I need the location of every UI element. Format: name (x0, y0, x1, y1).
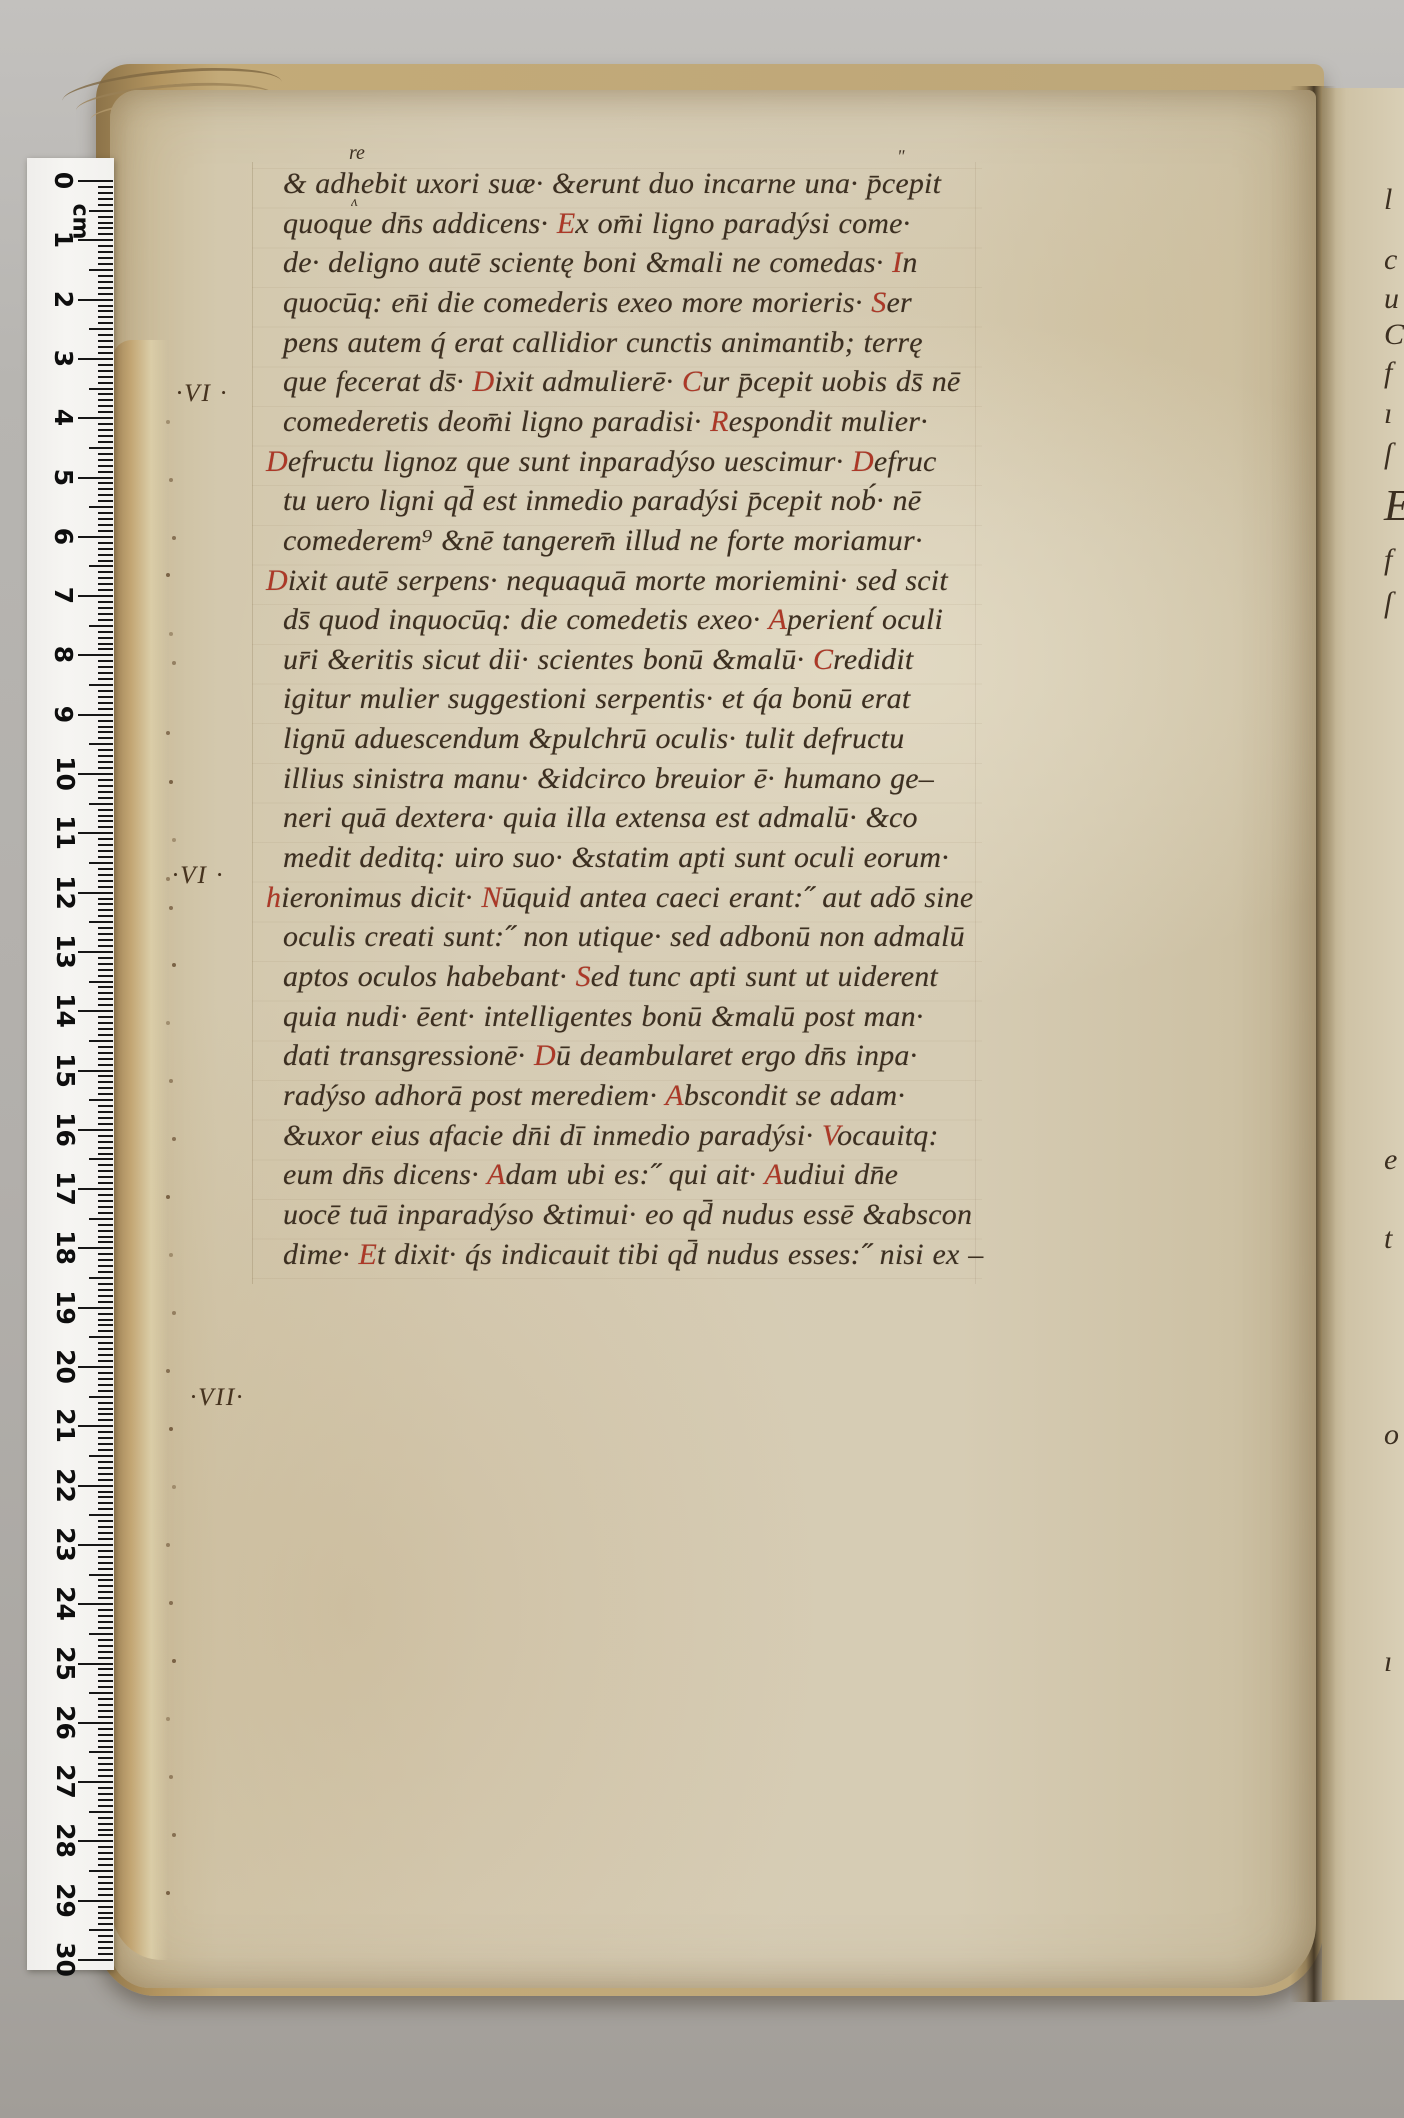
ruler-tick (98, 1799, 113, 1801)
ruler-tick (78, 1840, 113, 1842)
manuscript-line: quocūq: en̄i die comederis exeo more mor… (283, 286, 912, 320)
prick-mark (169, 1253, 173, 1257)
ruler-tick (98, 1289, 113, 1291)
ruler-tick (98, 1829, 113, 1831)
ruler-tick (98, 488, 113, 490)
ruler-tick (98, 696, 113, 698)
ruler-tick (89, 1929, 113, 1931)
ruler-tick (98, 1846, 113, 1848)
manuscript-line: uocē tuā inparadýso &timui· eo qd̄ nudus… (283, 1198, 972, 1232)
ruler-number: 5 (49, 468, 78, 485)
ruler-tick (98, 583, 113, 585)
line-text: er (886, 286, 911, 319)
ruler-tick (98, 1283, 113, 1285)
ruler-tick (78, 180, 113, 182)
line-text: comederetis deom̄i ligno paradisi· (283, 405, 710, 438)
ruler-tick (78, 1070, 113, 1072)
facing-page-text-fragment: f (1384, 543, 1392, 577)
ruler-tick (98, 1265, 113, 1267)
margin-chapter-number: ·VII· (190, 1384, 244, 1412)
line-text: pens autem q́ erat callidior cunctis ani… (283, 326, 923, 359)
line-text: que fecerat ds̄· (283, 365, 472, 398)
ruler-tick (98, 1639, 113, 1641)
ruler-tick (98, 1923, 113, 1925)
ruler-tick (98, 1823, 113, 1825)
ruler-tick (98, 1609, 113, 1611)
ruler-tick (98, 1532, 113, 1534)
ruler-tick (98, 1526, 113, 1528)
ruler-tick (98, 1123, 113, 1125)
rubricated-initial: E (557, 207, 576, 240)
rubricated-initial: D (472, 365, 494, 398)
ruler-tick (98, 1461, 113, 1463)
line-text: perient́ oculi (787, 603, 943, 636)
prick-mark (166, 1891, 170, 1895)
margin-chapter-number: ·VI · (176, 380, 228, 408)
ruler-number: 26 (51, 1705, 80, 1740)
prick-mark (172, 1833, 176, 1837)
ruler-tick (98, 453, 113, 455)
manuscript-line: ur̄i &eritis sicut dii· scientes bonū &m… (283, 643, 913, 677)
ruler-tick (98, 1093, 113, 1095)
line-text: tu uero ligni qd̄ est inmedio paradýsi p… (283, 484, 921, 517)
ruler-tick (98, 352, 113, 354)
ruler-tick (98, 726, 113, 728)
ruler-tick (98, 1894, 113, 1896)
ruler-number: 23 (51, 1527, 80, 1562)
prick-mark (166, 420, 170, 424)
ruler-tick (98, 334, 113, 336)
ruler-tick (98, 1390, 113, 1392)
ruler-tick (98, 548, 113, 550)
ruler-tick (89, 1455, 113, 1457)
ruler-tick (98, 631, 113, 633)
ruler-number: 10 (51, 756, 80, 791)
ruler-tick (78, 1485, 113, 1487)
ruler-tick (98, 1206, 113, 1208)
manuscript-line: pens autem q́ erat callidior cunctis ani… (283, 326, 923, 360)
ruler-tick (98, 1443, 113, 1445)
ruler-tick (98, 1164, 113, 1166)
manuscript-line: medit deditq: uiro suo· &statim apti sun… (283, 841, 949, 875)
manuscript-line: de· deligno autē scientę boni &mali ne c… (283, 246, 918, 280)
ruler-tick (89, 1514, 113, 1516)
ruler-number: 14 (51, 993, 80, 1028)
ruler-tick (89, 1811, 113, 1813)
ruler-tick (98, 1384, 113, 1386)
ruler-tick (98, 364, 113, 366)
ruler-tick (98, 975, 113, 977)
ruler-tick (98, 1763, 113, 1765)
prick-mark (169, 632, 173, 636)
ruler-tick (98, 1022, 113, 1024)
ruler-number: 15 (51, 1053, 80, 1088)
leaf-edges-left (112, 340, 168, 1960)
ruler-tick (98, 257, 113, 259)
rubricated-initial: h (266, 881, 281, 914)
ruler-tick (89, 447, 113, 449)
ruler-tick (98, 376, 113, 378)
ruler-tick (98, 1087, 113, 1089)
line-text: ūquid antea caeci erant:˝ aut adō sine (502, 881, 974, 914)
ruler-tick (98, 198, 113, 200)
ruler-number: 6 (49, 528, 78, 545)
ruler-tick (98, 1117, 113, 1119)
ruler-tick (98, 482, 113, 484)
ruler-tick (98, 1431, 113, 1433)
ruler-tick (98, 1449, 113, 1451)
prick-mark (172, 1137, 176, 1141)
ruler-tick (98, 1651, 113, 1653)
ruler-tick (98, 809, 113, 811)
ruler-tick (98, 1728, 113, 1730)
ruler-tick (98, 838, 113, 840)
ruler-tick (98, 880, 113, 882)
ruler-tick (89, 1040, 113, 1042)
rubricated-initial: C (813, 643, 833, 676)
ruler-tick (98, 1787, 113, 1789)
ruler-tick (98, 1775, 113, 1777)
line-text: efruc (874, 445, 937, 478)
ruler-tick (98, 945, 113, 947)
manuscript-line: igitur mulier suggestioni serpentis· et … (283, 682, 910, 716)
ruler-tick (98, 1153, 113, 1155)
ruler-tick (78, 1425, 113, 1427)
ruler-tick (98, 1615, 113, 1617)
ruler-tick (98, 1568, 113, 1570)
ruler-tick (89, 1099, 113, 1101)
ruler-tick (98, 1740, 113, 1742)
ruler-tick (89, 625, 113, 627)
manuscript-line: neri quā dextera· quia illa extensa est … (283, 801, 918, 835)
ruler-tick (98, 1585, 113, 1587)
ruler-tick (98, 1034, 113, 1036)
ruler-tick (98, 1324, 113, 1326)
ruler-tick (98, 1230, 113, 1232)
ruler-tick (98, 850, 113, 852)
line-text: neri quā dextera· quia illa extensa est … (283, 801, 918, 834)
ruler-tick (89, 1870, 113, 1872)
ruler-tick (98, 998, 113, 1000)
ruler-tick (98, 927, 113, 929)
ruler-tick (78, 654, 113, 656)
ruler-tick (89, 1396, 113, 1398)
ruler-tick (98, 963, 113, 965)
ruler-number: 2 (49, 290, 78, 307)
facing-page-text-fragment: l (1384, 183, 1392, 217)
ruler-tick (98, 613, 113, 615)
ruler-tick (98, 233, 113, 235)
ruler-tick (98, 1556, 113, 1558)
ruler-tick (98, 815, 113, 817)
ruler-tick (98, 755, 113, 757)
line-text: bscondit se adam· (684, 1079, 905, 1112)
ruler-tick (78, 1544, 113, 1546)
ruler-tick (98, 1236, 113, 1238)
ruler-tick (78, 714, 113, 716)
ruler-tick (98, 1953, 113, 1955)
ruler-tick (98, 1419, 113, 1421)
line-text: quoque dn̄s addicens· (283, 207, 557, 240)
ruler-tick (98, 637, 113, 639)
ruler-tick (98, 1947, 113, 1949)
ruler-tick (98, 577, 113, 579)
ruler-tick (98, 797, 113, 799)
ruler-number: 8 (49, 646, 78, 663)
ruler-number: 20 (51, 1349, 80, 1384)
line-text: quia nudi· ēent· intelligentes bonū &mal… (283, 1000, 923, 1033)
margin-chapter-number: ·VI · (172, 862, 224, 890)
ruler-tick (98, 186, 113, 188)
ruler-tick (98, 382, 113, 384)
ruler-tick (78, 1722, 113, 1724)
ruler-tick (98, 560, 113, 562)
prick-mark (169, 906, 173, 910)
ruler-tick (98, 1479, 113, 1481)
line-text: espondit mulier· (729, 405, 928, 438)
rubricated-initial: V (822, 1119, 837, 1152)
ruler-tick (98, 1591, 113, 1593)
interlinear-gloss: ʺ (897, 146, 905, 167)
manuscript-line: ds̄ quod inquocūq: die comedetis exeo· A… (283, 603, 943, 637)
ruler-tick (98, 737, 113, 739)
ruler-tick (98, 471, 113, 473)
ruler-tick (98, 1502, 113, 1504)
ruler-tick (98, 518, 113, 520)
prick-mark (169, 1601, 173, 1605)
ruler-tick (98, 779, 113, 781)
prick-mark (169, 1775, 173, 1779)
facing-page-text-fragment: c (1384, 243, 1397, 277)
line-text: radýso adhorā post merediem· (283, 1079, 665, 1112)
ruler-number: 3 (49, 350, 78, 367)
prick-mark (172, 1659, 176, 1663)
prick-mark (166, 1543, 170, 1547)
ruler-tick (98, 1147, 113, 1149)
ruler-tick (98, 1467, 113, 1469)
line-text: dime· (283, 1238, 359, 1271)
ruler-tick (78, 1247, 113, 1249)
line-text: oculis creati sunt:˝ non utique· sed adb… (283, 920, 965, 953)
ruler-number: 24 (51, 1586, 80, 1621)
ruler-tick (98, 459, 113, 461)
ruler-tick (98, 1645, 113, 1647)
ruler-number: 28 (51, 1823, 80, 1858)
ruler-tick (78, 417, 113, 419)
ruler-tick (98, 1437, 113, 1439)
ruler-tick (98, 1793, 113, 1795)
ruler-tick (98, 322, 113, 324)
ruler-tick (98, 524, 113, 526)
prick-mark (172, 1311, 176, 1315)
ruler-tick (98, 423, 113, 425)
facing-page-text-fragment: ı (1384, 397, 1392, 431)
prick-mark (172, 838, 176, 842)
ruler-tick (98, 1769, 113, 1771)
prick-mark (172, 1485, 176, 1489)
ruler-tick (78, 951, 113, 953)
ruler-tick (98, 702, 113, 704)
ruler-tick (89, 862, 113, 864)
ruler-tick (98, 500, 113, 502)
ruler-tick (78, 1366, 113, 1368)
line-text: dam ubi es:˝ qui ait· (506, 1158, 765, 1191)
ruler-tick (98, 275, 113, 277)
ruler-tick (78, 239, 113, 241)
ruler-tick (98, 1508, 113, 1510)
ruler-tick (98, 1378, 113, 1380)
line-text: ur̄i &eritis sicut dii· scientes bonū &m… (283, 643, 813, 676)
ruler-tick (98, 1704, 113, 1706)
ruler-tick (89, 506, 113, 508)
manuscript-line: dime· Et dixit· q́s indicauit tibi qd̄ n… (283, 1238, 983, 1272)
ruler-tick (78, 1781, 113, 1783)
ruler-tick (98, 607, 113, 609)
ruler-tick (78, 892, 113, 894)
facing-page-text-fragment: u (1384, 282, 1399, 316)
ruler-tick (98, 1734, 113, 1736)
manuscript-line: dati transgressionē· Dū deambularet ergo… (283, 1039, 917, 1073)
ruler-tick (98, 305, 113, 307)
ruler-tick (98, 411, 113, 413)
ruler-tick (98, 1562, 113, 1564)
ruler-tick (98, 1075, 113, 1077)
ruler-tick (89, 210, 113, 212)
ruler-tick (98, 643, 113, 645)
rubricated-initial: A (487, 1158, 506, 1191)
ruler-tick (98, 1408, 113, 1410)
line-text: lignū aduescendum &pulchrū oculis· tulit… (283, 722, 904, 755)
manuscript-line: illius sinistra manu· &idcirco breuior ē… (283, 762, 934, 796)
ruler-number: 7 (49, 587, 78, 604)
ruler-tick (98, 1941, 113, 1943)
ruler-tick (89, 1751, 113, 1753)
ruler-tick (98, 1496, 113, 1498)
ruler-tick (98, 1550, 113, 1552)
ruler-tick (98, 1668, 113, 1670)
line-text: & adhebit uxori suæ· &erunt duo incarne … (283, 167, 941, 200)
ruler-tick (89, 684, 113, 686)
ruler-tick (98, 1698, 113, 1700)
ruler-tick (98, 1028, 113, 1030)
ruler-tick (98, 393, 113, 395)
ruler-tick (98, 868, 113, 870)
rubricated-initial: A (665, 1079, 684, 1112)
ruler-tick (98, 494, 113, 496)
ruler-number: 13 (51, 934, 80, 969)
ruler-tick (89, 565, 113, 567)
prick-mark (172, 536, 176, 540)
ruler-tick (98, 1016, 113, 1018)
ruler-tick (98, 1295, 113, 1297)
ruler-tick (98, 1520, 113, 1522)
prick-mark (166, 1717, 170, 1721)
facing-page-text-fragment: C (1384, 318, 1404, 352)
ruler-tick (98, 281, 113, 283)
manuscript-line: Defructu lignoz que sunt inparadýso uesc… (266, 445, 937, 479)
ruler-tick (98, 405, 113, 407)
line-text: igitur mulier suggestioni serpentis· et … (283, 682, 910, 715)
ruler-tick (98, 1004, 113, 1006)
ruler-tick (98, 986, 113, 988)
facing-page-text-fragment: ſ (1384, 437, 1392, 471)
ruler-tick (98, 826, 113, 828)
manuscript-line: & adhebit uxori suæ· &erunt duo incarne … (283, 167, 941, 201)
ruler-tick (98, 222, 113, 224)
manuscript-line: eum dn̄s dicens· Adam ubi es:˝ qui ait· … (283, 1158, 898, 1192)
ruler-tick (98, 399, 113, 401)
ruler-number: 18 (51, 1230, 80, 1265)
ruler-tick (98, 370, 113, 372)
ruler-tick (98, 1852, 113, 1854)
ruler-tick (98, 992, 113, 994)
ruler-tick (89, 1574, 113, 1576)
ruler-tick (98, 263, 113, 265)
rubricated-initial: D (852, 445, 874, 478)
ruler-tick (98, 731, 113, 733)
line-text: x om̄i ligno paradýsi come· (575, 207, 910, 240)
ruler-tick (98, 1917, 113, 1919)
prick-mark (166, 573, 170, 577)
ruler-tick (89, 388, 113, 390)
prick-mark (172, 661, 176, 665)
ruler-tick (98, 856, 113, 858)
ruler-tick (98, 1111, 113, 1113)
ruler-tick (89, 981, 113, 983)
ruler-tick (98, 708, 113, 710)
ruler-tick (98, 785, 113, 787)
ruler-tick (98, 660, 113, 662)
prick-mark (169, 1427, 173, 1431)
ruler-number: 25 (51, 1646, 80, 1681)
line-text: ū deambularet ergo dn̄s inpa· (556, 1039, 918, 1072)
facing-page-text-fragment: E (1384, 480, 1404, 531)
ruler-tick (98, 1906, 113, 1908)
ruler-tick (98, 1176, 113, 1178)
ruler-tick (98, 1686, 113, 1688)
ruler-tick (98, 1413, 113, 1415)
ruler-number: 0 (49, 172, 78, 189)
line-text: ed tunc apti sunt ut uiderent (591, 960, 938, 993)
ruler-tick (98, 1621, 113, 1623)
interlinear-gloss: re (349, 142, 365, 165)
ruler-tick (98, 1360, 113, 1362)
ruler-tick (98, 1858, 113, 1860)
facing-page-text-fragment: o (1384, 1418, 1399, 1452)
ruler-tick (78, 1663, 113, 1665)
ruler-number: 16 (51, 1112, 80, 1147)
ruler-tick (98, 1864, 113, 1866)
ruler-tick (98, 619, 113, 621)
ruler-tick (98, 1259, 113, 1261)
ruler-tick (98, 1200, 113, 1202)
ruler-tick (98, 1194, 113, 1196)
ruler-tick (89, 803, 113, 805)
line-text: efructu lignoz que sunt inparadýso uesci… (288, 445, 852, 478)
ruler-tick (98, 1348, 113, 1350)
ruler-tick (98, 287, 113, 289)
ruler-tick (78, 1188, 113, 1190)
prick-mark (169, 1079, 173, 1083)
line-text: comederem⁹ &nē tangerem̄ illud ne forte … (283, 524, 923, 557)
rubricated-initial: R (710, 405, 729, 438)
ruler-tick (98, 1627, 113, 1629)
ruler-tick (98, 465, 113, 467)
line-text: ixit autē serpens· nequaquā morte moriem… (288, 564, 948, 597)
rubricated-initial: I (892, 246, 902, 279)
ruler-tick (98, 1372, 113, 1374)
ruler-tick (98, 690, 113, 692)
